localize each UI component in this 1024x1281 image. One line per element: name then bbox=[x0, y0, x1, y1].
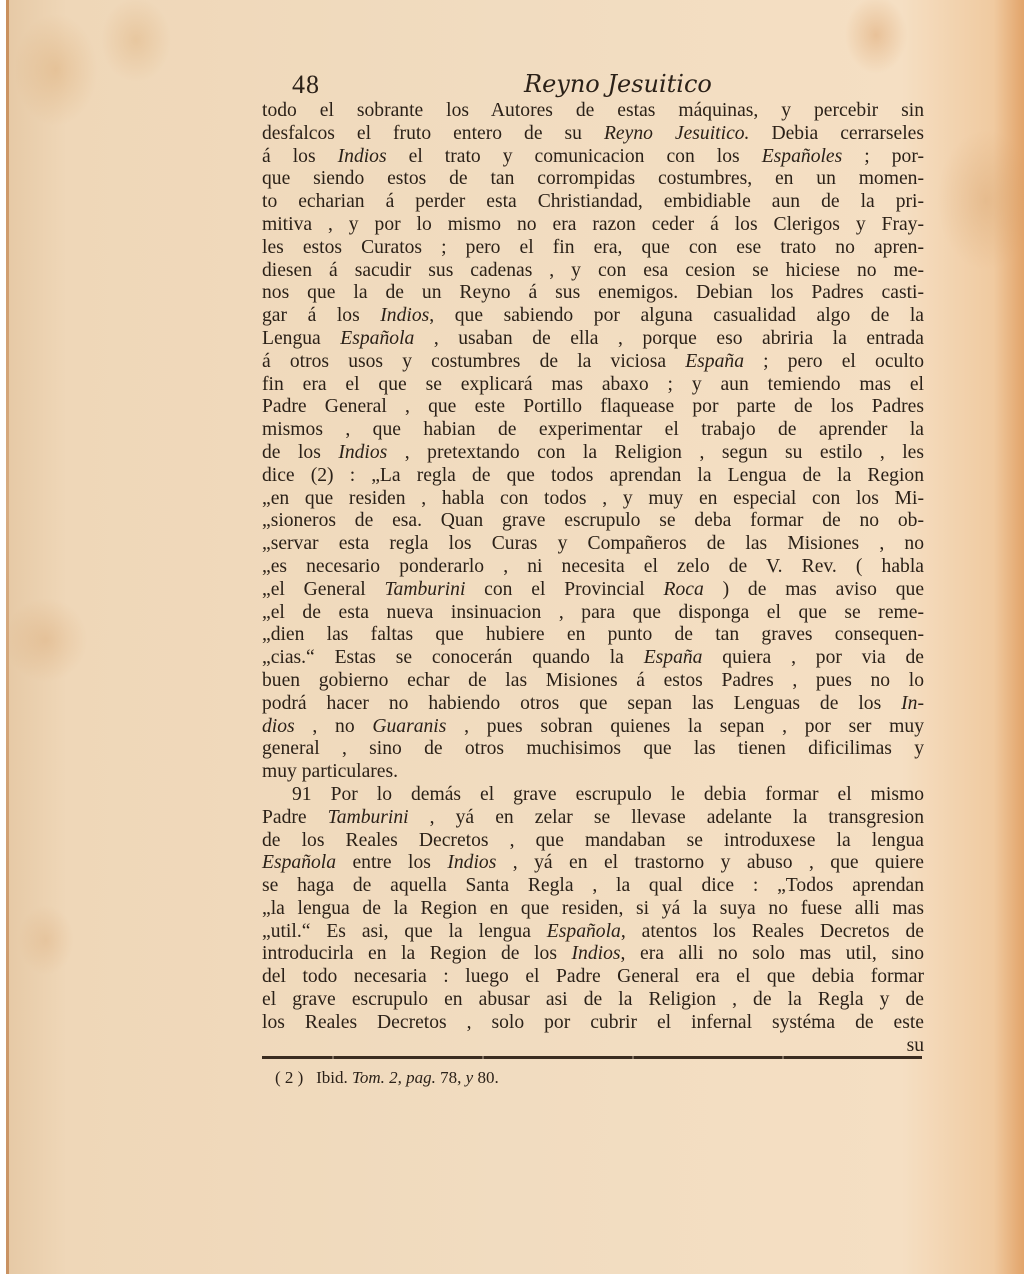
text-span: „el General bbox=[262, 579, 384, 600]
text-line: dios , no Guaranis , pues sobran quienes… bbox=[262, 716, 924, 739]
text-line: „el General Tamburini con el Provincial … bbox=[262, 579, 924, 602]
italic-span: Española bbox=[340, 328, 414, 349]
text-span: Lengua bbox=[262, 328, 340, 349]
text-span: Padre bbox=[262, 807, 328, 828]
page-number: 48 bbox=[292, 70, 320, 100]
text-span: „el de esta nueva insinuacion , para que… bbox=[262, 602, 924, 623]
text-line: del todo necesaria : luego el Padre Gene… bbox=[262, 966, 924, 989]
text-line: fin era el que se explicará mas abaxo ; … bbox=[262, 374, 924, 397]
text-span: , pretextando con la Religion , segun su… bbox=[387, 442, 924, 463]
italic-span: Españoles bbox=[762, 146, 843, 167]
italic-span: Indios bbox=[447, 852, 496, 873]
footnote-rule bbox=[262, 1056, 922, 1059]
text-line: mitiva , y por lo mismo no era razon ced… bbox=[262, 214, 924, 237]
text-span: „la lengua de la Region en que residen, … bbox=[262, 898, 924, 919]
footnote-tom: Tom. 2, bbox=[352, 1068, 402, 1087]
text-span: ; por- bbox=[842, 146, 924, 167]
text-span: de los Reales Decretos , que mandaban se… bbox=[262, 830, 924, 851]
footnote-pages: 78, bbox=[440, 1068, 461, 1087]
text-span: fin era el que se explicará mas abaxo ; … bbox=[262, 374, 924, 395]
footnote: ( 2 ) Ibid. Tom. 2, pag. 78, y 80. bbox=[275, 1068, 499, 1088]
italic-span: Española bbox=[547, 921, 621, 942]
text-span: , usaban de ella , porque eso abriria la… bbox=[414, 328, 924, 349]
text-span: se haga de aquella Santa Regla , la qual… bbox=[262, 875, 924, 896]
text-span: mitiva , y por lo mismo no era razon ced… bbox=[262, 214, 924, 235]
text-line: muy particulares. bbox=[262, 761, 924, 784]
text-line: dice (2) : „La regla de que todos aprend… bbox=[262, 465, 924, 488]
text-line: se haga de aquella Santa Regla , la qual… bbox=[262, 875, 924, 898]
text-span: , era alli no solo mas util, sino bbox=[621, 943, 924, 964]
text-line: „util.“ Es asi, que la lengua Española, … bbox=[262, 921, 924, 944]
footnote-pag: pag. bbox=[406, 1068, 436, 1087]
text-span: del todo necesaria : luego el Padre Gene… bbox=[262, 966, 924, 987]
text-span: ) de mas aviso que bbox=[704, 579, 924, 600]
text-line: „en que residen , habla con todos , y mu… bbox=[262, 488, 924, 511]
text-span: introducirla en la Region de los bbox=[262, 943, 572, 964]
text-span: el trato y comunicacion con los bbox=[387, 146, 762, 167]
body-text: todo el sobrante los Autores de estas má… bbox=[262, 100, 924, 1035]
text-span: podrá hacer no habiendo otros que sepan … bbox=[262, 693, 901, 714]
text-line: „es necesario ponderarlo , ni necesita e… bbox=[262, 556, 924, 579]
text-span: 91 Por lo demás el grave escrupulo le de… bbox=[292, 784, 924, 805]
text-line: Lengua Española , usaban de ella , porqu… bbox=[262, 328, 924, 351]
text-line: diesen á sacudir sus cadenas , y con esa… bbox=[262, 260, 924, 283]
text-line: el grave escrupulo en abusar asi de la R… bbox=[262, 989, 924, 1012]
page-text-block: 48 Reyno Jesuitico todo el sobrante los … bbox=[262, 60, 924, 1057]
text-span: diesen á sacudir sus cadenas , y con esa… bbox=[262, 260, 924, 281]
text-line: Padre General , que este Portillo flaque… bbox=[262, 396, 924, 419]
text-span: buen gobierno echar de las Misiones á es… bbox=[262, 670, 924, 691]
text-span: „servar esta regla los Curas y Compañero… bbox=[262, 533, 924, 554]
text-span: nos que la de un Reyno á sus enemigos. D… bbox=[262, 282, 924, 303]
text-line: Padre Tamburini , yá en zelar se llevase… bbox=[262, 807, 924, 830]
text-line: mismos , que habian de experimentar el t… bbox=[262, 419, 924, 442]
italic-span: Indios bbox=[338, 442, 387, 463]
text-line: á los Indios el trato y comunicacion con… bbox=[262, 146, 924, 169]
running-head: 48 Reyno Jesuitico bbox=[262, 60, 924, 100]
text-span: general , sino de otros muchisimos que l… bbox=[262, 738, 924, 759]
running-title: Reyno Jesuitico bbox=[524, 70, 712, 98]
catchword: su bbox=[262, 1035, 924, 1058]
text-span: mismos , que habian de experimentar el t… bbox=[262, 419, 924, 440]
italic-span: España bbox=[685, 351, 744, 372]
text-span: entre los bbox=[336, 852, 447, 873]
text-span: , pues sobran quienes la sepan , por ser… bbox=[446, 716, 924, 737]
text-span: á otros usos y costumbres de la viciosa bbox=[262, 351, 685, 372]
text-line: introducirla en la Region de los Indios,… bbox=[262, 943, 924, 966]
italic-span: Indios bbox=[380, 305, 429, 326]
text-span: que siendo estos de tan corrompidas cost… bbox=[262, 168, 924, 189]
text-line: „la lengua de la Region en que residen, … bbox=[262, 898, 924, 921]
italic-span: Indios bbox=[338, 146, 387, 167]
italic-span: Indios bbox=[572, 943, 621, 964]
footnote-last: 80. bbox=[477, 1068, 498, 1087]
text-line: „cias.“ Estas se conocerán quando la Esp… bbox=[262, 647, 924, 670]
text-span: „es necesario ponderarlo , ni necesita e… bbox=[262, 556, 924, 577]
text-line: general , sino de otros muchisimos que l… bbox=[262, 738, 924, 761]
text-span: „cias.“ Estas se conocerán quando la bbox=[262, 647, 644, 668]
text-line: todo el sobrante los Autores de estas má… bbox=[262, 100, 924, 123]
text-line: á otros usos y costumbres de la viciosa … bbox=[262, 351, 924, 374]
text-span: „sioneros de esa. Quan grave escrupulo s… bbox=[262, 510, 924, 531]
italic-span: Guaranis bbox=[372, 716, 446, 737]
text-span: to echarian á perder esta Christiandad, … bbox=[262, 191, 924, 212]
text-line: 91 Por lo demás el grave escrupulo le de… bbox=[262, 784, 924, 807]
footnote-y: y bbox=[466, 1068, 474, 1087]
text-line: buen gobierno echar de las Misiones á es… bbox=[262, 670, 924, 693]
text-span: , que sabiendo por alguna casualidad alg… bbox=[429, 305, 924, 326]
text-span: dice (2) : „La regla de que todos aprend… bbox=[262, 465, 924, 486]
italic-span: Roca bbox=[664, 579, 704, 600]
text-line: los Reales Decretos , solo por cubrir el… bbox=[262, 1012, 924, 1035]
text-line: podrá hacer no habiendo otros que sepan … bbox=[262, 693, 924, 716]
page-edge bbox=[6, 0, 9, 1274]
italic-span: España bbox=[644, 647, 703, 668]
text-line: „servar esta regla los Curas y Compañero… bbox=[262, 533, 924, 556]
text-span: „util.“ Es asi, que la lengua bbox=[262, 921, 547, 942]
text-line: desfalcos el fruto entero de su Reyno Je… bbox=[262, 123, 924, 146]
text-span: de los bbox=[262, 442, 338, 463]
text-span: á los bbox=[262, 146, 338, 167]
text-line: to echarian á perder esta Christiandad, … bbox=[262, 191, 924, 214]
italic-span: Española bbox=[262, 852, 336, 873]
text-line: „dien las faltas que hubiere en punto de… bbox=[262, 624, 924, 647]
text-line: nos que la de un Reyno á sus enemigos. D… bbox=[262, 282, 924, 305]
text-span: „dien las faltas que hubiere en punto de… bbox=[262, 624, 924, 645]
text-span: Padre General , que este Portillo flaque… bbox=[262, 396, 924, 417]
text-span: muy particulares. bbox=[262, 761, 398, 782]
text-span: , yá en zelar se llevase adelante la tra… bbox=[409, 807, 924, 828]
text-line: de los Indios , pretextando con la Relig… bbox=[262, 442, 924, 465]
text-span: quiera , por via de bbox=[702, 647, 924, 668]
text-span: „en que residen , habla con todos , y mu… bbox=[262, 488, 924, 509]
text-line: les estos Curatos ; pero el fin era, que… bbox=[262, 237, 924, 260]
text-line: que siendo estos de tan corrompidas cost… bbox=[262, 168, 924, 191]
text-span: , yá en el trastorno y abuso , que quier… bbox=[496, 852, 924, 873]
italic-span: Tamburini bbox=[328, 807, 409, 828]
text-line: gar á los Indios, que sabiendo por algun… bbox=[262, 305, 924, 328]
text-line: Española entre los Indios , yá en el tra… bbox=[262, 852, 924, 875]
text-line: „sioneros de esa. Quan grave escrupulo s… bbox=[262, 510, 924, 533]
text-span: con el Provincial bbox=[465, 579, 663, 600]
footnote-ref: Ibid. bbox=[316, 1068, 348, 1087]
text-line: de los Reales Decretos , que mandaban se… bbox=[262, 830, 924, 853]
italic-span: Tamburini bbox=[384, 579, 465, 600]
italic-span: dios bbox=[262, 716, 295, 737]
text-span: gar á los bbox=[262, 305, 380, 326]
text-span: les estos Curatos ; pero el fin era, que… bbox=[262, 237, 924, 258]
text-span: , atentos los Reales Decretos de bbox=[621, 921, 924, 942]
text-span: ; pero el oculto bbox=[744, 351, 924, 372]
text-span: , no bbox=[295, 716, 373, 737]
text-span: los Reales Decretos , solo por cubrir el… bbox=[262, 1012, 924, 1033]
italic-span: Reyno Jesuitico. bbox=[604, 123, 750, 144]
text-span: el grave escrupulo en abusar asi de la R… bbox=[262, 989, 924, 1010]
footnote-marker: ( 2 ) bbox=[275, 1068, 303, 1087]
italic-span: In- bbox=[901, 693, 924, 714]
text-span: desfalcos el fruto entero de su bbox=[262, 123, 604, 144]
text-span: todo el sobrante los Autores de estas má… bbox=[262, 100, 924, 121]
text-line: „el de esta nueva insinuacion , para que… bbox=[262, 602, 924, 625]
text-span: Debia cerrarseles bbox=[749, 123, 924, 144]
